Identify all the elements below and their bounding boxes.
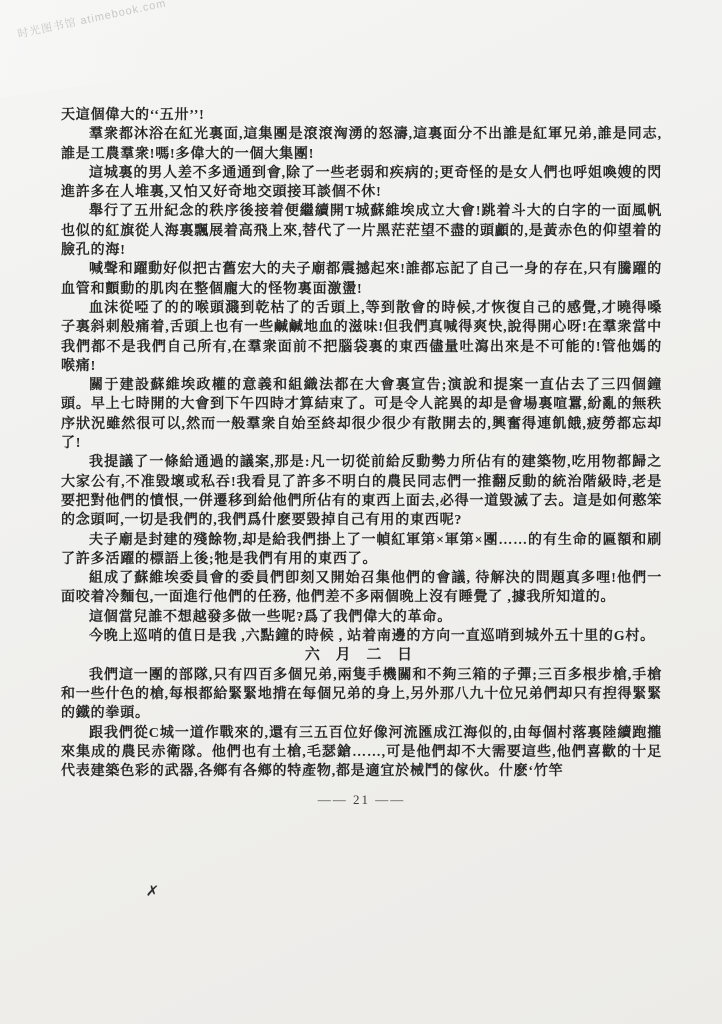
paragraph: 羣衆都沐浴在紅光裏面,這集團是滾滾洶湧的怒濤,這裏面分不出誰是紅軍兄弟,誰是同志… <box>61 125 662 164</box>
handwritten-correction-x-mark: ✗ <box>145 881 159 901</box>
paragraph: 這城裏的男人差不多通通到會,除了一些老弱和疾病的;更奇怪的是女人們也呼姐喚嫂的閃… <box>61 164 662 203</box>
section-header-june-2: 六 月 二 日 <box>61 646 662 665</box>
paragraph: 跟我們從C城一道作戰來的,還有三五百位好像河流匯成江海似的,由每個村落裏陸續跑攏… <box>61 724 662 782</box>
diary-text-block: 天這個偉大的‘‘五卅’’! 羣衆都沐浴在紅光裏面,這集團是滾滾洶湧的怒濤,這裏面… <box>61 106 662 810</box>
paragraph: 今晚上巡哨的值日是我 ,六點鐘的時候 , 站着南邊的方向一直巡哨到城外五十里的G… <box>61 627 662 646</box>
page-number: —— 21 —— <box>61 790 662 809</box>
paragraph: 天這個偉大的‘‘五卅’’! <box>61 106 662 125</box>
watermark-text: 时光图书馆 atimebook.com <box>16 0 168 42</box>
paragraph: 這個當兒誰不想越發多做一些呢?爲了我們偉大的革命。 <box>61 608 662 627</box>
paragraph: 我們這一團的部隊,只有四百多個兄弟,兩隻手機關和不夠三箱的子彈;三百多根步槍,手… <box>61 666 662 724</box>
paragraph: 血沫從啞了的的喉頭濺到乾枯了的舌頭上,等到散會的時候,才恢復自己的感覺,才曉得嗓… <box>61 299 662 376</box>
paragraph: 夫子廟是封建的殘餘物,却是給我們掛上了一幀紅軍第×軍第×團……的有生命的匾額和刷… <box>61 531 662 570</box>
scanned-book-page: 时光图书馆 atimebook.com 天這個偉大的‘‘五卅’’! 羣衆都沐浴在… <box>0 0 722 1024</box>
paragraph: 舉行了五卅紀念的秩序後接着便繼續開T城蘇維埃成立大會!跳着斗大的白字的一面風帆也… <box>61 202 662 260</box>
paragraph: 關于建設蘇維埃政權的意義和組織法都在大會裏宣告;演說和提案一直佔去了三四個鐘頭。… <box>61 376 662 453</box>
paragraph: 我提議了一條給通過的議案,那是:凡一切從前給反動勢力所佔有的建築物,吃用物都歸之… <box>61 453 662 530</box>
paragraph: 組成了蘇維埃委員會的委員們卽刻又開始召集他們的會議, 待解決的問題真多哩!他們一… <box>61 569 662 608</box>
paragraph: 喊聲和躍動好似把古舊宏大的夫子廟都震撼起來!誰都忘記了自己一身的存在,只有騰躍的… <box>61 260 662 299</box>
